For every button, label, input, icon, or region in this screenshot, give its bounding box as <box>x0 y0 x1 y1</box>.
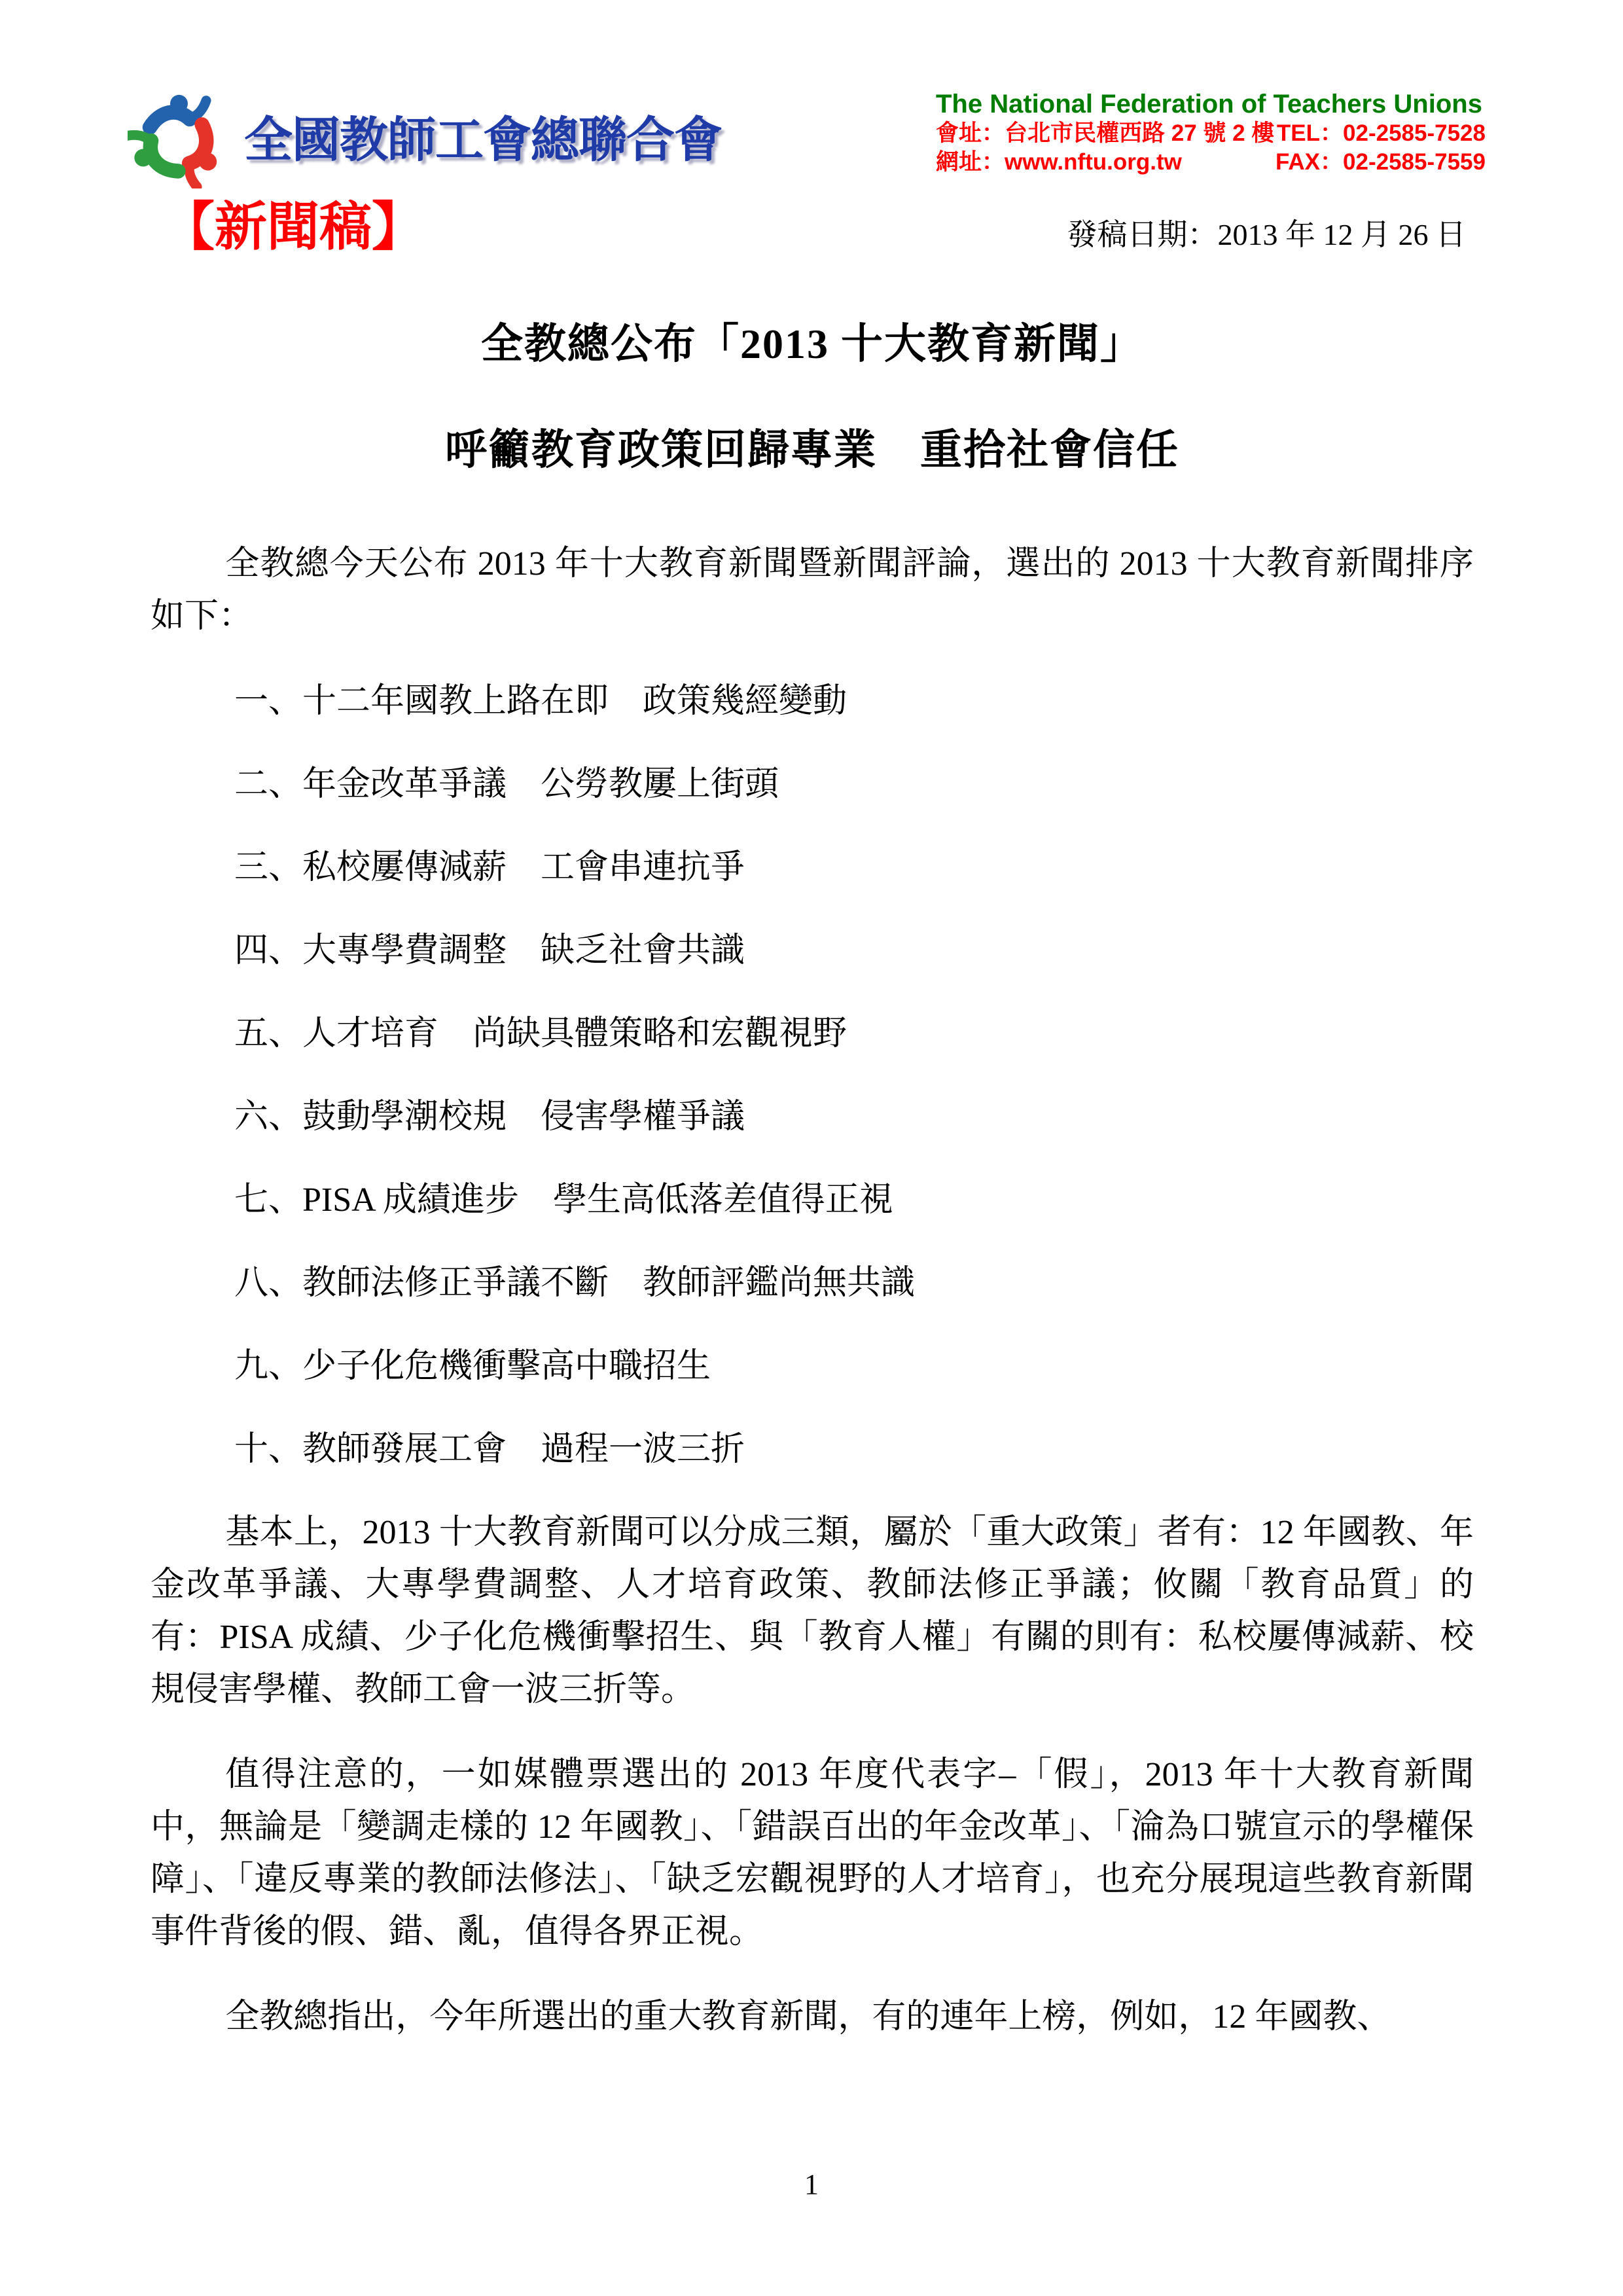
analysis-paragraph: 基本上，2013 十大教育新聞可以分成三類，屬於「重大政策」者有：12 年國教、… <box>151 1507 1474 1716</box>
page-number: 1 <box>804 2168 819 2200</box>
release-date: 發稿日期：2013 年 12 月 26 日 <box>1067 215 1467 255</box>
news-item-9: 九、少子化危機衝擊高中職招生 <box>234 1340 1474 1393</box>
document-body: 全教總公布「2013 十大教育新聞」 呼籲教育政策回歸專業 重拾社會信任 全教總… <box>151 313 1474 2076</box>
contact-line-address: 會址：台北市民權西路 27 號 2 樓 TEL：02-2585-7528 <box>936 119 1486 148</box>
tel-label: TEL：02-2585-7528 <box>1277 119 1486 148</box>
document-title: 全教總公布「2013 十大教育新聞」 <box>151 313 1474 376</box>
news-item-10: 十、教師發展工會 過程一波三折 <box>234 1424 1474 1476</box>
org-name-chinese: 全國教師工會總聯合會 <box>244 101 722 171</box>
news-item-2: 二、年金改革爭議 公勞教屢上街頭 <box>234 759 1474 811</box>
news-item-1: 一、十二年國教上路在即 政策幾經變動 <box>234 675 1474 728</box>
closing-paragraph: 全教總指出，今年所選出的重大教育新聞，有的連年上榜，例如，12 年國教、 <box>151 1991 1474 2043</box>
org-name-english: The National Federation of Teachers Unio… <box>936 89 1486 119</box>
news-item-7: 七、PISA 成績進步 學生高低落差值得正視 <box>234 1174 1474 1227</box>
press-release-page: 全國教師工會總聯合會 The National Federation of Te… <box>0 0 1623 2296</box>
contact-line-web: 網址：www.nftu.org.tw FAX：02-2585-7559 <box>936 148 1486 177</box>
page-footer: 1 <box>0 2168 1623 2201</box>
news-item-3: 三、私校屢傳減薪 工會串連抗爭 <box>234 842 1474 894</box>
news-item-5: 五、人才培育 尚缺具體策略和宏觀視野 <box>234 1008 1474 1060</box>
document-subtitle: 呼籲教育政策回歸專業 重拾社會信任 <box>151 419 1474 482</box>
press-release-tag: 【新聞稿】 <box>162 195 424 260</box>
tag-date-row: 【新聞稿】 發稿日期：2013 年 12 月 26 日 <box>162 195 1466 260</box>
comment-paragraph: 值得注意的，一如媒體票選出的 2013 年度代表字–「假」，2013 年十大教育… <box>151 1749 1474 1958</box>
nftu-logo-icon <box>128 84 226 188</box>
nftu-logo: 全國教師工會總聯合會 <box>128 84 722 188</box>
news-item-4: 四、大專學費調整 缺乏社會共識 <box>234 925 1474 977</box>
news-item-6: 六、鼓動學潮校規 侵害學權爭議 <box>234 1091 1474 1143</box>
fax-label: FAX：02-2585-7559 <box>1275 148 1486 177</box>
address-label: 會址：台北市民權西路 27 號 2 樓 <box>936 119 1274 148</box>
page-header: 全國教師工會總聯合會 The National Federation of Te… <box>128 84 1486 188</box>
org-contact-block: The National Federation of Teachers Unio… <box>936 84 1486 177</box>
news-item-8: 八、教師法修正爭議不斷 教師評鑑尚無共識 <box>234 1257 1474 1310</box>
website-label: 網址：www.nftu.org.tw <box>936 148 1182 177</box>
intro-paragraph: 全教總今天公布 2013 年十大教育新聞暨新聞評論，選出的 2013 十大教育新… <box>151 538 1474 643</box>
